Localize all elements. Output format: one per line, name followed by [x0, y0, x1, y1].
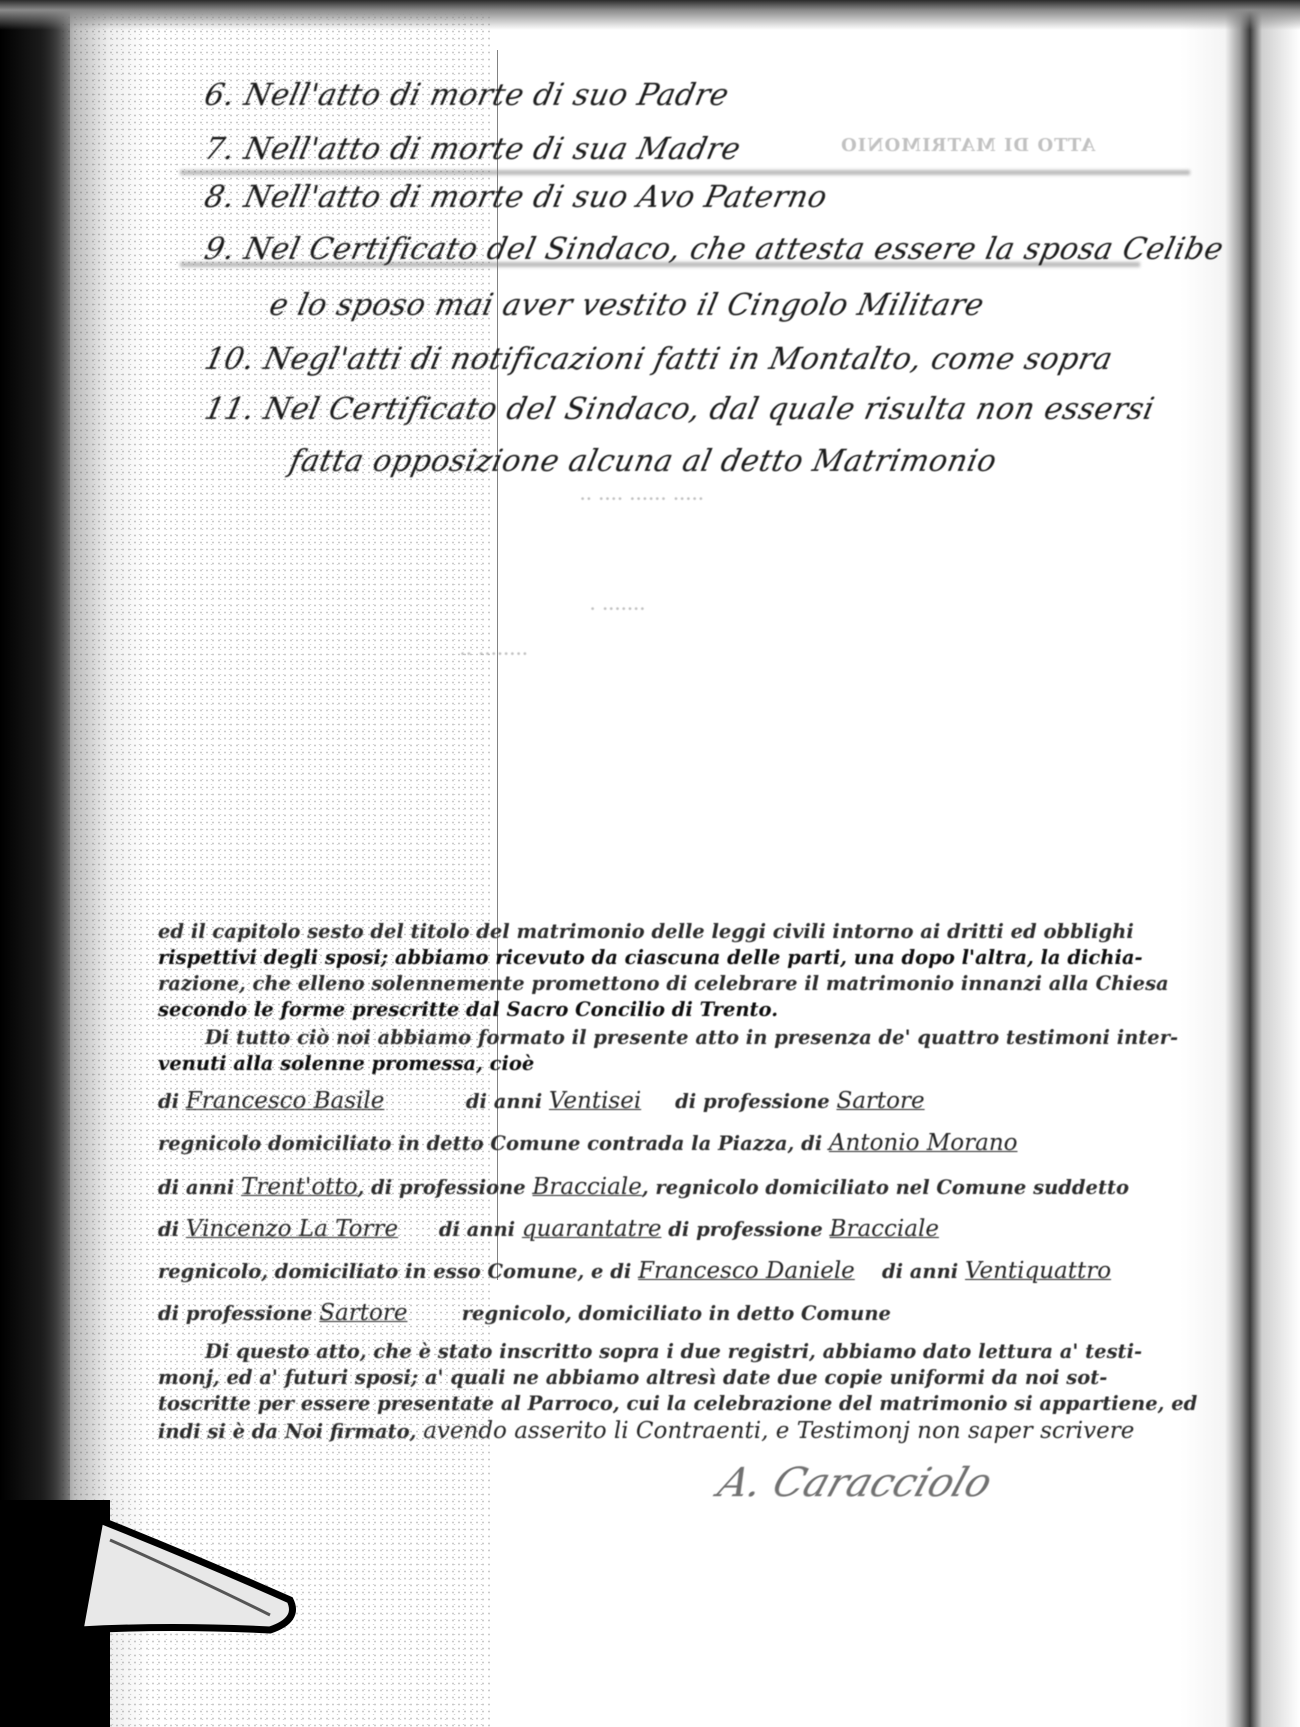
list-text: Negl'atti di notificazioni fatti in Mont… [261, 342, 1116, 377]
witness-line-5: regnicolo, domiciliato in esso Comune, e… [158, 1258, 1248, 1284]
bleed-through-header: ATTO DI MATRIMONIO [840, 135, 1095, 156]
witness-profession: Sartore [836, 1088, 924, 1114]
list-item: fatta opposizione alcuna al detto Matrim… [286, 444, 1000, 479]
bleed-through-text: ·· ···· ······ ····· [580, 490, 704, 508]
age-label: di anni [466, 1090, 542, 1113]
witness-line-3: di anni Trent'otto, di professione Bracc… [158, 1174, 1248, 1200]
age-label: di anni [158, 1176, 234, 1199]
age-label: di anni [882, 1260, 958, 1283]
list-item: 10. Negl'atti di notificazioni fatti in … [201, 342, 1116, 377]
witness-profession: Bracciale [532, 1174, 641, 1200]
body-line: ed il capitolo sesto del titolo del matr… [158, 920, 1248, 943]
list-text: Nell'atto di morte di suo Padre [241, 78, 732, 113]
closing-line: monj, ed a' futuri sposi; a' quali ne ab… [158, 1366, 1248, 1389]
list-number: 6. [201, 78, 238, 113]
list-text: Nell'atto di morte di suo Avo Paterno [241, 180, 830, 215]
witness-age: Ventiquattro [965, 1258, 1111, 1284]
witness-profession: Bracciale [830, 1216, 939, 1242]
list-number: 8. [201, 180, 238, 215]
list-item: 8. Nell'atto di morte di suo Avo Paterno [201, 180, 830, 215]
closing-handwritten: avendo asserito li Contraenti, e Testimo… [423, 1418, 1134, 1444]
bleed-through-text: ·· ········ [460, 645, 528, 663]
bleed-through-text: · ······· [590, 600, 646, 618]
witness-profession: Sartore [319, 1300, 407, 1326]
witness-prefix: di [158, 1218, 179, 1241]
witness-name: Francesco Basile [186, 1088, 385, 1114]
residence-text: regnicolo, domiciliato in detto Comune [462, 1302, 891, 1325]
residence-text: regnicolo domiciliato nel Comune suddett… [655, 1176, 1129, 1199]
list-item: 9. Nel Certificato del Sindaco, che atte… [201, 232, 1226, 267]
witness-age: Ventisei [549, 1088, 641, 1114]
body-line: secondo le forme prescritte dal Sacro Co… [158, 998, 1248, 1021]
bleed-through-rule [180, 170, 1190, 175]
witness-prefix: di [158, 1090, 179, 1113]
profession-label: di professione [675, 1090, 830, 1113]
list-item: 6. Nell'atto di morte di suo Padre [201, 78, 732, 113]
profession-label: di professione [371, 1176, 526, 1199]
profession-label: di professione [158, 1302, 313, 1325]
witness-line-1: di Francesco Basile di anni Ventisei di … [158, 1088, 1248, 1114]
residence-text: regnicolo domiciliato in detto Comune co… [158, 1132, 787, 1155]
witness-prefix: e di [591, 1260, 631, 1283]
closing-line: toscritte per essere presentate al Parro… [158, 1392, 1248, 1415]
residence-text: regnicolo, domiciliato in esso Comune [158, 1260, 577, 1283]
witness-age: quarantatre [522, 1216, 662, 1242]
list-text: Nel Certificato del Sindaco, dal quale r… [261, 392, 1158, 427]
book-binding-shadow [0, 0, 70, 1727]
list-text: fatta opposizione alcuna al detto Matrim… [286, 444, 1000, 479]
witness-line-2: regnicolo domiciliato in detto Comune co… [158, 1130, 1248, 1156]
list-number: 9. [201, 232, 238, 267]
closing-text: indi si è da Noi firmato, [158, 1420, 416, 1443]
body-line: venuti alla solenne promessa, cioè [158, 1052, 1248, 1075]
body-line: rispettivi degli sposi; abbiamo ricevuto… [158, 946, 1248, 969]
list-text: Nel Certificato del Sindaco, che attesta… [241, 232, 1227, 267]
list-number: 11. [201, 392, 258, 427]
witness-name: Vincenzo La Torre [186, 1216, 398, 1242]
list-text: e lo sposo mai aver vestito il Cingolo M… [266, 288, 987, 323]
witness-line-6: di professione Sartore regnicolo, domici… [158, 1300, 1248, 1326]
witness-line-4: di Vincenzo La Torre di anni quarantatre… [158, 1216, 1248, 1242]
official-signature: A. Caracciolo [713, 1460, 998, 1506]
page-top-edge [0, 0, 1300, 30]
list-item: e lo sposo mai aver vestito il Cingolo M… [266, 288, 987, 323]
witness-name: Francesco Daniele [638, 1258, 855, 1284]
profession-label: di professione [668, 1218, 823, 1241]
age-label: di anni [439, 1218, 515, 1241]
body-line: Di tutto ciò noi abbiamo formato il pres… [205, 1026, 1295, 1049]
list-number: 10. [201, 342, 258, 377]
list-item: 7. Nell'atto di morte di sua Madre [201, 132, 744, 167]
list-item: 11. Nel Certificato del Sindaco, dal qua… [201, 392, 1157, 427]
witness-prefix: di [801, 1132, 822, 1155]
list-text: Nell'atto di morte di sua Madre [241, 132, 744, 167]
closing-line: indi si è da Noi firmato, avendo asserit… [158, 1418, 1248, 1444]
list-number: 7. [201, 132, 238, 167]
folded-page-corner [0, 1500, 310, 1727]
witness-age: Trent'otto [241, 1174, 358, 1200]
closing-line: Di questo atto, che è stato inscritto so… [205, 1340, 1295, 1363]
witness-name: Antonio Morano [829, 1130, 1018, 1156]
body-line: razione, che elleno solennemente promett… [158, 972, 1248, 995]
